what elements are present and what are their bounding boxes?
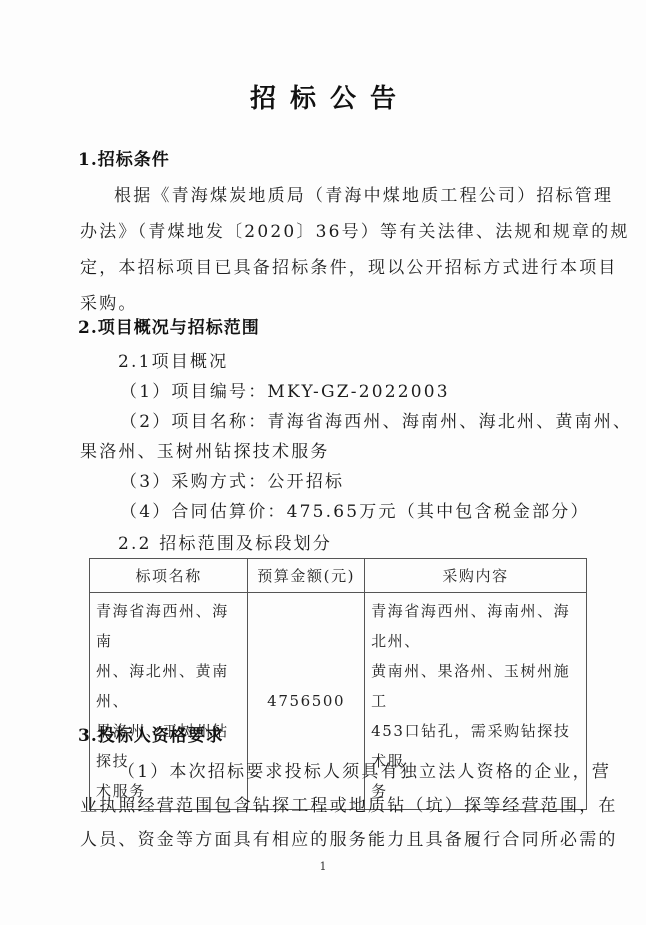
header-item-name: 标项名称 — [90, 559, 248, 593]
paragraph-line: 办法》（青煤地发〔2020〕36号）等有关法律、法规和规章的规 — [80, 222, 630, 242]
cell-text: 黄南州、果洛州、玉树州施工 — [371, 656, 580, 716]
section-heading-2: 2.项目概况与招标范围 — [78, 318, 260, 338]
header-budget: 预算金额(元) — [248, 559, 365, 593]
header-content: 采购内容 — [365, 559, 587, 593]
subsection-heading: 2.2 招标范围及标段划分 — [118, 534, 332, 554]
paragraph-line: 根据《青海煤炭地质局（青海中煤地质工程公司）招标管理 — [114, 186, 613, 206]
section-heading-3: 3.投标人资格要求 — [78, 726, 224, 746]
project-name: （2）项目名称：青海省海西州、海南州、海北州、黄南州、 — [120, 412, 632, 432]
cell-text: 青海省海西州、海南州、海北州、 — [371, 596, 580, 656]
cell-text: 青海省海西州、海南 — [96, 596, 241, 656]
paragraph-line: 业执照经营范围包含钻探工程或地质钻（坑）探等经营范围，在 — [80, 796, 618, 816]
document-page: 招标公告 1.招标条件 根据《青海煤炭地质局（青海中煤地质工程公司）招标管理 办… — [0, 0, 646, 925]
procurement-method: （3）采购方式：公开招标 — [120, 472, 344, 492]
paragraph-line: （1）本次招标要求投标人须具有独立法人资格的企业，营 — [118, 762, 611, 782]
document-title: 招标公告 — [0, 78, 646, 115]
section-heading-1: 1.招标条件 — [78, 150, 170, 170]
project-number: （1）项目编号：MKY-GZ-2022003 — [120, 382, 450, 402]
table-header-row: 标项名称 预算金额(元) 采购内容 — [90, 559, 587, 593]
contract-estimate: （4）合同估算价：475.65万元（其中包含税金部分） — [120, 502, 590, 522]
page-number: 1 — [0, 860, 646, 873]
paragraph-line: 人员、资金等方面具有相应的服务能力且具备履行合同所必需的 — [80, 830, 618, 850]
paragraph-line: 采购。 — [80, 294, 138, 314]
cell-text: 州、海北州、黄南州、 — [96, 656, 241, 716]
subsection-heading: 2.1项目概况 — [118, 352, 228, 372]
paragraph-line: 定，本招标项目已具备招标条件，现以公开招标方式进行本项目 — [80, 258, 618, 278]
project-name-cont: 果洛州、玉树州钻探技术服务 — [80, 442, 330, 462]
